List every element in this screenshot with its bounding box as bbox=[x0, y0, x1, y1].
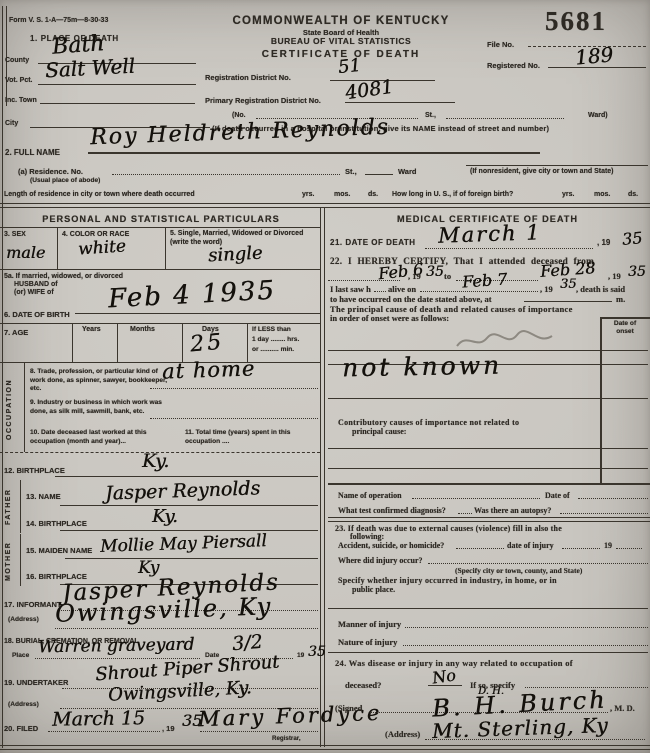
date-of-death-year-printed: , 19 bbox=[597, 238, 610, 247]
signed-label: (Signed bbox=[335, 703, 362, 713]
manner-of-injury-label: Manner of injury bbox=[338, 619, 401, 629]
illegible-pen-scrawl bbox=[455, 330, 555, 352]
rule bbox=[328, 483, 650, 485]
rule bbox=[165, 227, 166, 269]
column-divider bbox=[320, 207, 325, 747]
trade-value: at home bbox=[162, 356, 256, 383]
informant-label: 17. INFORMANT bbox=[4, 600, 62, 609]
rule bbox=[328, 652, 648, 653]
race-value: white bbox=[77, 236, 126, 259]
undertaker-label: 19. UNDERTAKER bbox=[4, 678, 68, 687]
informant-address-label: (Address) bbox=[8, 616, 39, 623]
md-label: , M. D. bbox=[610, 703, 635, 713]
rule bbox=[466, 165, 648, 166]
registration-district-value: 51 bbox=[337, 55, 362, 78]
birthplace-value: Ky. bbox=[142, 450, 169, 472]
operation-label: Name of operation bbox=[338, 491, 402, 500]
date-of-death-label: 21. DATE OF DEATH bbox=[330, 238, 416, 247]
mos-label: mos. bbox=[594, 191, 610, 198]
if-less-hrs-label: 1 day ........ hrs. bbox=[252, 336, 299, 343]
rule bbox=[75, 313, 320, 314]
principal-cause-value: not known bbox=[342, 351, 502, 383]
bureau-subtitle: BUREAU OF VITAL STATISTICS bbox=[205, 36, 477, 46]
dotted-line bbox=[403, 645, 648, 646]
city-no-label: (No. bbox=[232, 112, 246, 119]
file-no-label: File No. bbox=[487, 40, 514, 49]
death-certificate-scan: Form V. S. 1-A—75m—8-30-33 1. PLACE OF D… bbox=[0, 0, 650, 753]
county-label: County bbox=[5, 57, 29, 64]
burial-place-value: Warren graveyard bbox=[38, 635, 195, 658]
occupation-vertical-label: OCCUPATION bbox=[6, 368, 13, 450]
dotted-line bbox=[150, 388, 318, 389]
city-ward-label: Ward) bbox=[588, 112, 608, 119]
dotted-line bbox=[425, 248, 593, 249]
last-saw-year-printed: , 19 bbox=[540, 284, 553, 294]
length-residence-label: Length of residence in city or town wher… bbox=[4, 191, 195, 198]
from-year-printed: , 19 bbox=[408, 271, 421, 281]
mother-vertical-label: MOTHER bbox=[5, 536, 12, 586]
burial-year-printed: 19 bbox=[297, 652, 304, 659]
death-is-said-text: , death is said bbox=[576, 284, 625, 294]
abode-note: (Usual place of abode) bbox=[30, 177, 100, 184]
rule bbox=[72, 323, 73, 362]
rule bbox=[55, 476, 318, 477]
principal-cause-text2: in order of onset were as follows: bbox=[330, 313, 449, 323]
rule bbox=[0, 362, 320, 363]
age-days-value: 25 bbox=[189, 330, 225, 358]
industry-label: 9. Industry or business in which work wa… bbox=[30, 399, 168, 416]
dotted-line bbox=[458, 513, 472, 514]
to-word: to bbox=[444, 271, 451, 281]
rule bbox=[2, 6, 3, 748]
last-saw-year-value: 35 bbox=[560, 277, 577, 292]
dotted-line bbox=[412, 498, 540, 499]
last-saw-date-value: Feb 7 bbox=[461, 269, 507, 291]
where-injury-label: Where did injury occur? bbox=[338, 556, 423, 565]
specify-city-note: (Specify city or town, county, and State… bbox=[455, 566, 582, 575]
rule bbox=[40, 103, 195, 104]
to-year-printed: , 19 bbox=[608, 271, 621, 281]
rule bbox=[0, 745, 650, 750]
dotted-line bbox=[112, 174, 340, 175]
registered-no-label: Registered No. bbox=[487, 61, 540, 70]
rule bbox=[524, 301, 612, 302]
form-number: Form V. S. 1-A—75m—8-30-33 bbox=[9, 17, 108, 24]
ds-label: ds. bbox=[368, 191, 378, 198]
rule bbox=[60, 530, 318, 531]
occurred-text: to have occurred on the date stated abov… bbox=[330, 294, 492, 304]
date-of-label: Date of bbox=[545, 491, 570, 500]
husband-of-label: HUSBAND of bbox=[14, 281, 58, 288]
rule bbox=[328, 398, 648, 399]
rule bbox=[182, 323, 183, 362]
dotted-line bbox=[48, 731, 160, 732]
primary-district-label: Primary Registration District No. bbox=[205, 96, 321, 105]
residence-ward-label: Ward bbox=[398, 167, 416, 176]
date-of-birth-value: Feb 4 1935 bbox=[107, 276, 276, 315]
date-of-onset-header: Date of bbox=[602, 320, 648, 327]
wife-of-label: (or) WIFE of bbox=[14, 289, 54, 296]
city-label: City bbox=[5, 120, 18, 127]
rule bbox=[428, 685, 462, 686]
husband-wife-label: 5a. If married, widowed, or divorced bbox=[4, 273, 123, 280]
alive-on-text: alive on bbox=[388, 284, 416, 294]
rule bbox=[65, 558, 318, 559]
injury-date-label: date of injury bbox=[507, 541, 554, 550]
registration-district-label: Registration District No. bbox=[205, 73, 291, 82]
rule bbox=[600, 317, 650, 319]
last-worked-label: 10. Date deceased last worked at this oc… bbox=[30, 429, 162, 446]
yrs-label: yrs. bbox=[562, 191, 574, 198]
deceased-label: deceased? bbox=[345, 680, 381, 690]
trade-label: 8. Trade, profession, or particular kind… bbox=[30, 368, 168, 394]
rule bbox=[0, 203, 650, 208]
yrs-label: yrs. bbox=[302, 191, 314, 198]
personal-particulars-title: PERSONAL AND STATISTICAL PARTICULARS bbox=[0, 214, 322, 224]
rule bbox=[328, 448, 648, 449]
certificate-number-stamp: 5681 bbox=[545, 6, 607, 37]
rule bbox=[328, 517, 650, 522]
rule bbox=[57, 227, 58, 269]
dotted-line bbox=[560, 513, 648, 514]
rule bbox=[60, 505, 318, 506]
rule bbox=[117, 323, 118, 362]
m-label: m. bbox=[616, 294, 625, 304]
filed-label: 20. FILED bbox=[4, 724, 38, 733]
nature-of-injury-label: Nature of injury bbox=[338, 637, 397, 647]
residence-st-label: St., bbox=[345, 167, 357, 176]
father-birthplace-label: 14. BIRTHPLACE bbox=[26, 519, 87, 528]
sex-value: male bbox=[6, 243, 45, 262]
burial-place-label: Place bbox=[12, 652, 29, 659]
mother-maiden-name-value: Mollie May Piersall bbox=[100, 531, 267, 557]
date-of-death-year-value: 35 bbox=[621, 228, 643, 249]
rule bbox=[24, 362, 25, 452]
vot-pct-label: Vot. Pct. bbox=[5, 77, 32, 84]
vot-pct-value: Salt Well bbox=[44, 54, 135, 83]
dotted-line bbox=[374, 291, 386, 292]
marital-value: single bbox=[207, 243, 263, 267]
registered-no-value: 189 bbox=[574, 42, 614, 69]
foreign-birth-label: How long in U. S., if of foreign birth? bbox=[392, 191, 513, 198]
registrar-label: Registrar, bbox=[272, 735, 301, 742]
filed-date-value: March 15 bbox=[52, 707, 145, 731]
date-of-onset-header2: onset bbox=[602, 328, 648, 335]
full-name-value: Roy Heldreth Reynolds bbox=[90, 115, 391, 150]
rule bbox=[20, 480, 21, 533]
age-months-header: Months bbox=[130, 326, 155, 333]
rule bbox=[0, 227, 320, 228]
injury-year-printed: 19 bbox=[604, 541, 612, 550]
autopsy-label: Was there an autopsy? bbox=[474, 506, 551, 515]
burial-date-value: 3/2 bbox=[231, 631, 263, 656]
dotted-line bbox=[616, 548, 642, 549]
rule bbox=[328, 468, 648, 469]
rule bbox=[20, 534, 21, 586]
father-vertical-label: FATHER bbox=[5, 482, 12, 532]
city-st-label: St., bbox=[425, 112, 436, 119]
if-less-min-label: or .......... min. bbox=[252, 346, 294, 353]
contributory-label: Contributory causes of importance not re… bbox=[338, 418, 519, 427]
ds-label: ds. bbox=[628, 191, 638, 198]
rule bbox=[0, 269, 320, 270]
dotted-line bbox=[562, 548, 600, 549]
undertaker-address-label: (Address) bbox=[8, 701, 39, 708]
residence-label: (a) Residence. No. bbox=[18, 167, 83, 176]
nonresident-note: (If nonresident, give city or town and S… bbox=[470, 168, 614, 175]
dotted-line bbox=[405, 627, 648, 628]
specify-industry-label: Specify whether injury occurred in indus… bbox=[338, 576, 557, 585]
specify-industry-label2: public place. bbox=[352, 585, 395, 594]
date-of-birth-label: 6. DATE OF BIRTH bbox=[4, 310, 70, 319]
mother-maiden-name-label: 15. MAIDEN NAME bbox=[26, 546, 92, 555]
birthplace-label: 12. BIRTHPLACE bbox=[4, 466, 65, 475]
contributory-label2: principal cause: bbox=[352, 427, 406, 436]
rule bbox=[38, 84, 196, 85]
external-causes-label2: following: bbox=[350, 532, 384, 541]
dotted-line bbox=[428, 563, 648, 564]
test-label: What test confirmed diagnosis? bbox=[338, 506, 446, 515]
full-name-label: 2. FULL NAME bbox=[5, 148, 60, 157]
rule bbox=[365, 174, 393, 175]
age-label: 7. AGE bbox=[4, 328, 28, 337]
rule bbox=[6, 6, 7, 106]
accident-label: Accident, suicide, or homicide? bbox=[338, 541, 444, 550]
onset-box-border bbox=[600, 317, 602, 483]
dotted-line bbox=[446, 118, 564, 119]
sex-label: 3. SEX bbox=[4, 231, 26, 238]
father-name-value: Jasper Reynolds bbox=[105, 477, 261, 504]
burial-year-value: 35 bbox=[308, 644, 326, 660]
from-year-value: 35 bbox=[426, 264, 444, 280]
age-years-header: Years bbox=[82, 326, 101, 333]
physician-address-label: (Address) bbox=[385, 729, 420, 739]
rule bbox=[345, 102, 455, 103]
mos-label: mos. bbox=[334, 191, 350, 198]
dotted-line bbox=[200, 731, 318, 732]
to-year-value: 35 bbox=[628, 264, 646, 280]
last-saw-text: I last saw h bbox=[330, 284, 371, 294]
total-time-label: 11. Total time (years) spent in this occ… bbox=[185, 429, 293, 446]
if-less-label: If LESS than bbox=[252, 326, 291, 333]
rule bbox=[0, 323, 320, 324]
rule bbox=[88, 152, 540, 154]
dotted-line bbox=[456, 548, 504, 549]
father-name-label: 13. NAME bbox=[26, 492, 61, 501]
inc-town-label: Inc. Town bbox=[5, 97, 37, 104]
filed-year-printed: , 19 bbox=[162, 724, 175, 733]
rule bbox=[548, 67, 646, 68]
rule bbox=[328, 608, 648, 609]
dotted-line bbox=[55, 628, 318, 629]
father-birthplace-value: Ky. bbox=[152, 506, 178, 527]
date-of-death-value: March 1 bbox=[438, 220, 542, 248]
dotted-line bbox=[150, 418, 318, 419]
commonwealth-title: COMMONWEALTH OF KENTUCKY bbox=[205, 15, 477, 27]
dotted-line bbox=[420, 291, 538, 292]
dotted-line bbox=[578, 498, 648, 499]
